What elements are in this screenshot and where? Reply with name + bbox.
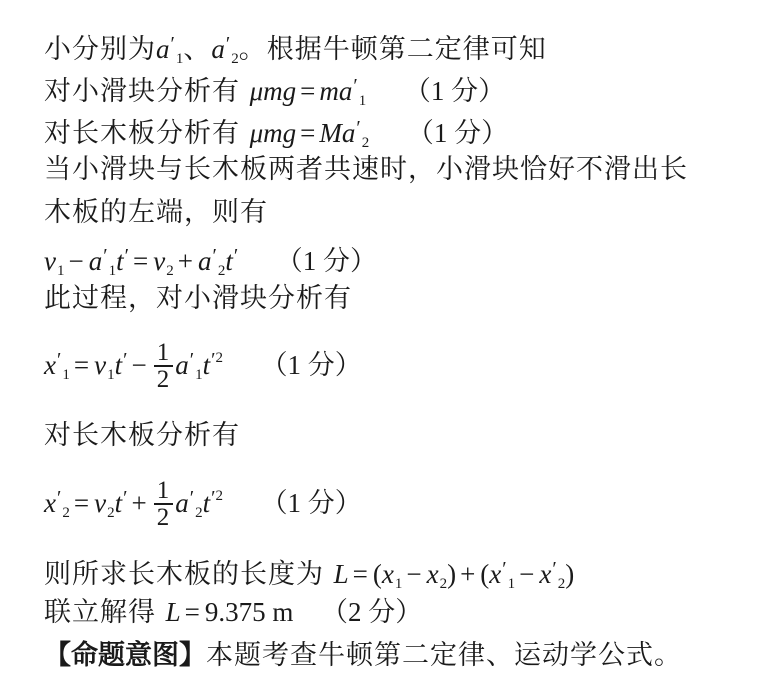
separator: 、: [183, 34, 211, 65]
text-line-9: 对长木板分析有: [44, 420, 240, 452]
fraction: 12: [154, 340, 174, 392]
text: 。根据牛顿第二定律可知: [239, 34, 547, 65]
score-badge: （1 分）: [261, 350, 362, 380]
equation-length: 则所求长木板的长度为 L=(x1−x2)+(x′1−x′2): [44, 553, 574, 600]
text: 联立解得: [44, 597, 156, 628]
result-value: 9.375 m: [205, 597, 294, 627]
intent-line: 【命题意图】本题考查牛顿第二定律、运动学公式。: [44, 640, 682, 672]
score-badge: （1 分）: [407, 118, 508, 148]
score-badge: （2 分）: [321, 597, 422, 627]
text: 小分别为: [44, 34, 156, 65]
equation-common-velocity: v1−a′1t′=v2+a′2t′ （1 分）: [44, 240, 377, 287]
text-line-5: 木板的左端，则有: [44, 197, 268, 229]
intent-text: 本题考查牛顿第二定律、运动学公式。: [206, 640, 682, 671]
equation-slider-displacement: x′1=v1t′−12a′1t′2 （1 分）: [44, 340, 362, 392]
score-badge: （1 分）: [404, 76, 505, 106]
score-badge: （1 分）: [276, 246, 377, 276]
text-line-2: 对小滑块分析有 μmg=ma′1 （1 分）: [44, 70, 505, 117]
text-line-4: 当小滑块与长木板两者共速时，小滑块恰好不滑出长: [44, 154, 688, 186]
var-a2: a′2: [211, 34, 238, 64]
text: 则所求长木板的长度为: [44, 559, 324, 590]
score-badge: （1 分）: [261, 488, 362, 518]
text: 对小滑块分析有: [44, 76, 240, 107]
var-a1: a′1: [156, 34, 183, 64]
text-line-7: 此过程，对小滑块分析有: [44, 283, 352, 315]
result-line: 联立解得 L=9.375 m （2 分）: [44, 596, 422, 629]
text: 对长木板分析有: [44, 118, 240, 149]
equation-slider: μmg=ma′1: [250, 76, 367, 106]
intent-label: 【命题意图】: [44, 640, 206, 671]
equation-board-displacement: x′2=v2t′+12a′2t′2 （1 分）: [44, 478, 362, 530]
fraction: 12: [154, 478, 174, 530]
text-line-1: 小分别为a′1、a′2。根据牛顿第二定律可知: [44, 28, 547, 75]
text-line-3: 对长木板分析有 μmg=Ma′2 （1 分）: [44, 112, 508, 159]
equation-board: μmg=Ma′2: [250, 118, 370, 148]
